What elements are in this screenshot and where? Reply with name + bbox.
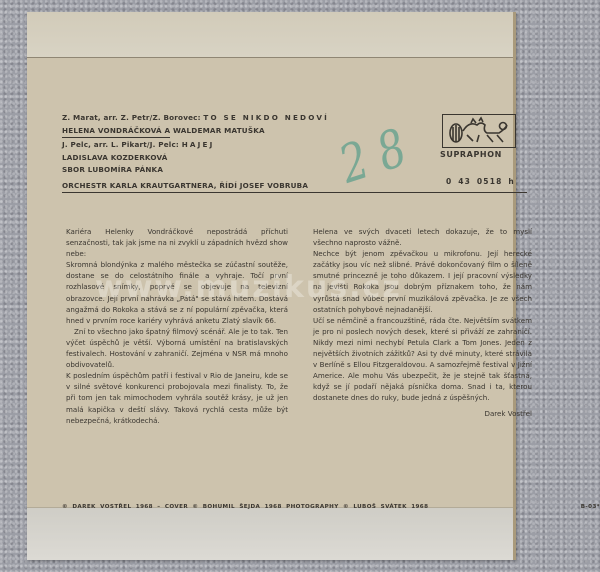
- track-b-performer-1: LADISLAVA KOZDERKOVÁ: [62, 152, 329, 165]
- track-a-line: Z. Marat, arr. Z. Petr/Z. Borovec: TO SE…: [62, 112, 329, 125]
- track-divider: [62, 137, 170, 138]
- author-signature: Darek Vostřel: [313, 408, 532, 419]
- lion-emblem-icon: [443, 115, 515, 147]
- track-b-credits: J. Pelc, arr. L. Pikart/J. Pelc:: [62, 140, 179, 149]
- paragraph: Kariéra Helenky Vondráčkové nepostrádá p…: [66, 226, 288, 259]
- track-b-line: J. Pelc, arr. L. Pikart/J. Pelc: HAJEJ: [62, 139, 329, 152]
- track-b-performer-2: SBOR LUBOMÍRA PÁNKA: [62, 164, 329, 177]
- track-b-title: HAJEJ: [182, 140, 215, 149]
- header-rule: [62, 192, 527, 193]
- watermark: www.muzikus.cz: [95, 270, 402, 305]
- catalog-number: 0 43 0518 h: [446, 177, 515, 186]
- footer-credits: © DAREK VOSTŘEL 1968 – COVER © BOHUMIL Š…: [62, 504, 600, 510]
- supraphon-lion-icon: [442, 114, 516, 148]
- liner-notes-right-column: Helena ve svých dvaceti letech dokazuje,…: [313, 226, 532, 419]
- track-listing: Z. Marat, arr. Z. Petr/Z. Borovec: TO SE…: [62, 112, 329, 192]
- sleeve-bottom-flap: [27, 507, 513, 560]
- liner-notes-left-column: Kariéra Helenky Vondráčkové nepostrádá p…: [66, 226, 288, 426]
- brand-name: SUPRAPHON: [440, 150, 502, 159]
- print-code: B-03*11294: [581, 504, 600, 510]
- orchestra-credit: ORCHESTR KARLA KRAUTGARTNERA, ŘÍDÍ JOSEF…: [62, 180, 329, 193]
- paragraph: Zní to všechno jako špatný filmový scéná…: [66, 326, 288, 370]
- sleeve-top-flap: [27, 12, 513, 58]
- track-a-credits: Z. Marat, arr. Z. Petr/Z. Borovec:: [62, 113, 201, 122]
- track-a-title: TO SE NIKDO NEDOVÍ: [203, 113, 329, 122]
- paragraph: Helena ve svých dvaceti letech dokazuje,…: [313, 226, 532, 248]
- paragraph: Učí se němčině a francouzštině, ráda čte…: [313, 315, 532, 404]
- copyright-credits: © DAREK VOSTŘEL 1968 – COVER © BOHUMIL Š…: [62, 504, 428, 510]
- track-a-performers: HELENA VONDRÁČKOVÁ A WALDEMAR MATUŠKA: [62, 125, 329, 138]
- paragraph: K posledním úspěchům patří i festival v …: [66, 370, 288, 425]
